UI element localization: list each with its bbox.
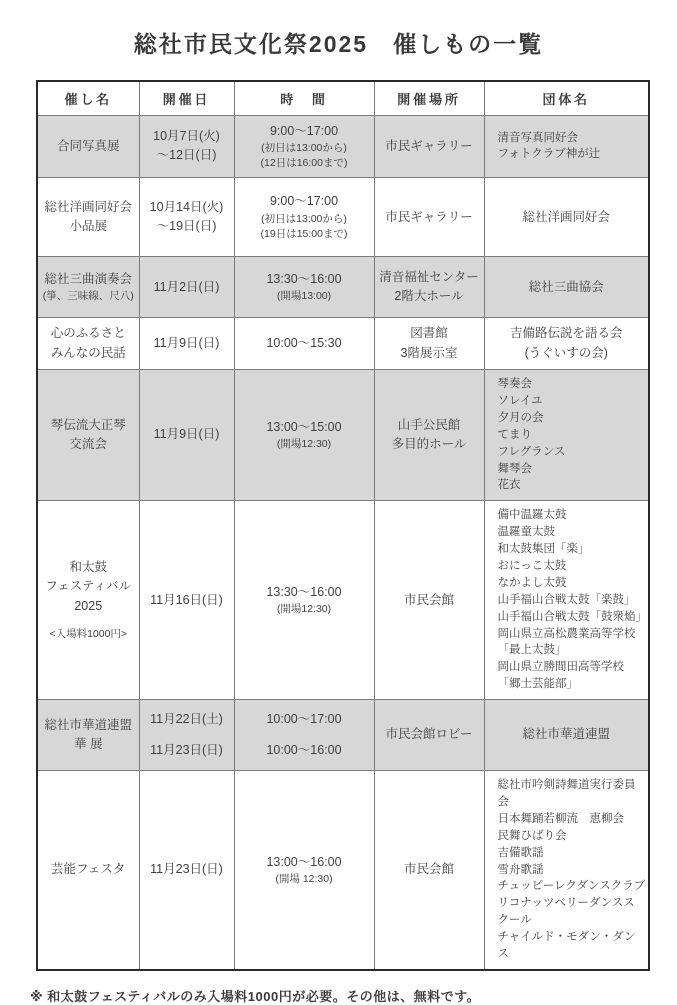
text-line: 市民会館ロビー [377, 725, 482, 744]
venue-cell: 市民会館 [374, 501, 484, 700]
table-row: 芸能フェスタ11月23日(日)13:00～16:00(開場 12:30)市民会館… [37, 771, 649, 970]
event-name-cell: 芸能フェスタ [37, 771, 139, 970]
event-name-cell: 和太鼓フェスティバル2025<入場料1000円> [37, 501, 139, 700]
text-line: 総社洋画同好会 [40, 198, 137, 217]
text-line: 和太鼓 [40, 558, 137, 577]
event-name-cell: 心のふるさとみんなの民話 [37, 318, 139, 370]
text-line: 11月22日(土) [142, 710, 232, 729]
text-line: (開場12:30) [237, 602, 372, 617]
date-cell: 11月9日(日) [139, 370, 234, 501]
footnote: ※ 和太鼓フェスティバルのみ入場料1000円が必要。その他は、無料です。 [30, 986, 677, 1005]
text-line: 図書館 [377, 324, 482, 343]
event-schedule-table: 催し名開催日時 間開催場所団体名 合同写真展10月7日(火)～12日(日)9:0… [36, 80, 650, 971]
text-line: 市民会館 [377, 860, 482, 879]
text-line: 13:00～16:00 [237, 853, 372, 872]
text-line: 総社洋画同好会 [487, 208, 647, 227]
text-line: (12日は16:00まで) [237, 156, 372, 171]
text-line: 市民ギャラリー [377, 137, 482, 156]
text-line: 2025 [40, 597, 137, 616]
text-line: 和太鼓集団「楽」 [498, 541, 647, 558]
text-line: 9:00～17:00 [237, 122, 372, 141]
table-row: 総社三曲演奏会(箏、三味線、尺八)11月2日(日)13:30～16:00(開場1… [37, 257, 649, 318]
text-line: ～12日(日) [142, 146, 232, 165]
text-line: 「郷土芸能部」 [498, 676, 647, 693]
text-line: 琴伝流大正琴 [40, 416, 137, 435]
time-cell: 9:00～17:00(初日は13:00から)(12日は16:00まで) [234, 115, 374, 178]
venue-cell: 市民ギャラリー [374, 115, 484, 178]
text-line: 交流会 [40, 435, 137, 454]
column-header: 催し名 [37, 81, 139, 115]
text-line: ソレイユ [498, 393, 647, 410]
text-line: 吉備歌謡 [498, 845, 647, 862]
table-row: 琴伝流大正琴交流会11月9日(日)13:00～15:00(開場12:30)山手公… [37, 370, 649, 501]
text-line: 2階大ホール [377, 287, 482, 306]
text-line: 華 展 [40, 735, 137, 754]
event-name-cell: 琴伝流大正琴交流会 [37, 370, 139, 501]
time-cell: 13:00～15:00(開場12:30) [234, 370, 374, 501]
event-name-cell: 総社洋画同好会小品展 [37, 178, 139, 257]
date-cell: 11月9日(日) [139, 318, 234, 370]
text-line: 山手公民館 [377, 416, 482, 435]
text-line: 雪舟歌謡 [498, 862, 647, 879]
text-line: 市民会館 [377, 591, 482, 610]
text-line: 花衣 [498, 477, 647, 494]
date-cell: 11月23日(日) [139, 771, 234, 970]
text-line: 13:00～15:00 [237, 418, 372, 437]
text-line: 合同写真展 [40, 137, 137, 156]
text-line: 「最上太鼓」 [498, 642, 647, 659]
text-line: 9:00～17:00 [237, 192, 372, 211]
table-row: 心のふるさとみんなの民話11月9日(日)10:00～15:30図書館3階展示室吉… [37, 318, 649, 370]
text-line: 山手福山合戦太鼓「鼓衆焔」 [498, 609, 647, 626]
text-line: 11月2日(日) [142, 278, 232, 297]
text-line: (19日は15:00まで) [237, 227, 372, 242]
text-line: 日本舞踊若柳流 恵柳会 [498, 811, 647, 828]
text-line: 琴奏会 [498, 376, 647, 393]
text-line: 10月7日(火) [142, 127, 232, 146]
table-row: 総社洋画同好会小品展10月14日(火)～19日(日)9:00～17:00(初日は… [37, 178, 649, 257]
text-line: 清音福祉センター [377, 268, 482, 287]
text-line: 10:00～17:00 [237, 710, 372, 729]
text-line: (開場12:30) [237, 437, 372, 452]
text-line: フェスティバル [40, 577, 137, 596]
time-cell: 13:00～16:00(開場 12:30) [234, 771, 374, 970]
organization-cell: 総社市吟剣詩舞道実行委員会日本舞踊若柳流 恵柳会民舞ひばり会吉備歌謡雪舟歌謡チュ… [484, 771, 649, 970]
date-cell: 11月16日(日) [139, 501, 234, 700]
time-cell: 13:30～16:00(開場13:00) [234, 257, 374, 318]
text-line: (初日は13:00から) [237, 212, 372, 227]
column-header: 時 間 [234, 81, 374, 115]
date-cell: 11月2日(日) [139, 257, 234, 318]
venue-cell: 市民会館ロビー [374, 700, 484, 771]
organization-cell: 琴奏会ソレイユ夕月の会てまりフレグランス舞琴会花衣 [484, 370, 649, 501]
event-table-body: 合同写真展10月7日(火)～12日(日)9:00～17:00(初日は13:00か… [37, 115, 649, 970]
organization-cell: 総社三曲協会 [484, 257, 649, 318]
text-line: 岡山県立高松農業高等学校 [498, 626, 647, 643]
text-line: 吉備路伝説を語る会 [487, 324, 647, 343]
organization-cell: 吉備路伝説を語る会(うぐいすの会) [484, 318, 649, 370]
venue-cell: 清音福祉センター2階大ホール [374, 257, 484, 318]
text-line: 11月9日(日) [142, 334, 232, 353]
text-line: 多目的ホール [377, 435, 482, 454]
date-cell: 10月7日(火)～12日(日) [139, 115, 234, 178]
text-line: てまり [498, 427, 647, 444]
text-line: 芸能フェスタ [40, 860, 137, 879]
column-header: 開催場所 [374, 81, 484, 115]
text-line: 民舞ひばり会 [498, 828, 647, 845]
text-line: ～19日(日) [142, 217, 232, 236]
text-line: みんなの民話 [40, 344, 137, 363]
date-cell: 11月22日(土)11月23日(日) [139, 700, 234, 771]
text-line: 清音写真同好会 [498, 130, 647, 147]
text-line: 総社市華道連盟 [487, 725, 647, 744]
time-cell: 10:00～17:0010:00～16:00 [234, 700, 374, 771]
text-line: 総社三曲演奏会 [40, 270, 137, 289]
text-line: フォトクラブ神が辻 [498, 146, 647, 163]
text-line: (初日は13:00から) [237, 141, 372, 156]
text-line: 舞琴会 [498, 461, 647, 478]
text-line: なかよし太鼓 [498, 575, 647, 592]
text-line: 11月23日(日) [142, 860, 232, 879]
text-line: 温羅童太鼓 [498, 524, 647, 541]
text-line: 13:30～16:00 [237, 583, 372, 602]
organization-cell: 清音写真同好会フォトクラブ神が辻 [484, 115, 649, 178]
text-line: 市民ギャラリー [377, 208, 482, 227]
text-line: 10:00～16:00 [237, 741, 372, 760]
text-line: 3階展示室 [377, 344, 482, 363]
page-title: 総社市民文化祭2025 催しもの一覧 [0, 0, 677, 59]
venue-cell: 山手公民館多目的ホール [374, 370, 484, 501]
text-line: 岡山県立勝間田高等学校 [498, 659, 647, 676]
venue-cell: 市民会館 [374, 771, 484, 970]
table-row: 総社市華道連盟華 展11月22日(土)11月23日(日)10:00～17:001… [37, 700, 649, 771]
time-cell: 10:00～15:30 [234, 318, 374, 370]
text-line: フレグランス [498, 444, 647, 461]
text-line: 総社市吟剣詩舞道実行委員会 [498, 777, 647, 811]
text-line: 10月14日(火) [142, 198, 232, 217]
text-line: 13:30～16:00 [237, 270, 372, 289]
text-line: チュッピーレクダンスクラブ [498, 878, 647, 895]
text-line: 山手福山合戦太鼓「楽鼓」 [498, 592, 647, 609]
text-line: (開場 12:30) [237, 872, 372, 887]
header-row: 催し名開催日時 間開催場所団体名 [37, 81, 649, 115]
venue-cell: 図書館3階展示室 [374, 318, 484, 370]
text-line: おにっこ太鼓 [498, 558, 647, 575]
text-line: 備中温羅太鼓 [498, 507, 647, 524]
text-line: (箏、三味線、尺八) [40, 289, 137, 304]
text-line: (うぐいすの会) [487, 344, 647, 363]
text-line: 11月23日(日) [142, 741, 232, 760]
text-line: 総社三曲協会 [487, 278, 647, 297]
text-line: 小品展 [40, 217, 137, 236]
organization-cell: 備中温羅太鼓温羅童太鼓和太鼓集団「楽」おにっこ太鼓なかよし太鼓山手福山合戦太鼓「… [484, 501, 649, 700]
text-line: 11月16日(日) [142, 591, 232, 610]
time-cell: 9:00～17:00(初日は13:00から)(19日は15:00まで) [234, 178, 374, 257]
table-row: 合同写真展10月7日(火)～12日(日)9:00～17:00(初日は13:00か… [37, 115, 649, 178]
table-row: 和太鼓フェスティバル2025<入場料1000円>11月16日(日)13:30～1… [37, 501, 649, 700]
text-line: リコナッツベリーダンススクール [498, 895, 647, 929]
text-line: 10:00～15:30 [237, 334, 372, 353]
text-line: 心のふるさと [40, 324, 137, 343]
event-name-cell: 合同写真展 [37, 115, 139, 178]
time-cell: 13:30～16:00(開場12:30) [234, 501, 374, 700]
text-line: (開場13:00) [237, 289, 372, 304]
column-header: 団体名 [484, 81, 649, 115]
text-line: <入場料1000円> [40, 627, 137, 642]
event-name-cell: 総社市華道連盟華 展 [37, 700, 139, 771]
organization-cell: 総社市華道連盟 [484, 700, 649, 771]
column-header: 開催日 [139, 81, 234, 115]
organization-cell: 総社洋画同好会 [484, 178, 649, 257]
text-line: 11月9日(日) [142, 425, 232, 444]
date-cell: 10月14日(火)～19日(日) [139, 178, 234, 257]
event-name-cell: 総社三曲演奏会(箏、三味線、尺八) [37, 257, 139, 318]
text-line: 総社市華道連盟 [40, 716, 137, 735]
venue-cell: 市民ギャラリー [374, 178, 484, 257]
text-line: 夕月の会 [498, 410, 647, 427]
